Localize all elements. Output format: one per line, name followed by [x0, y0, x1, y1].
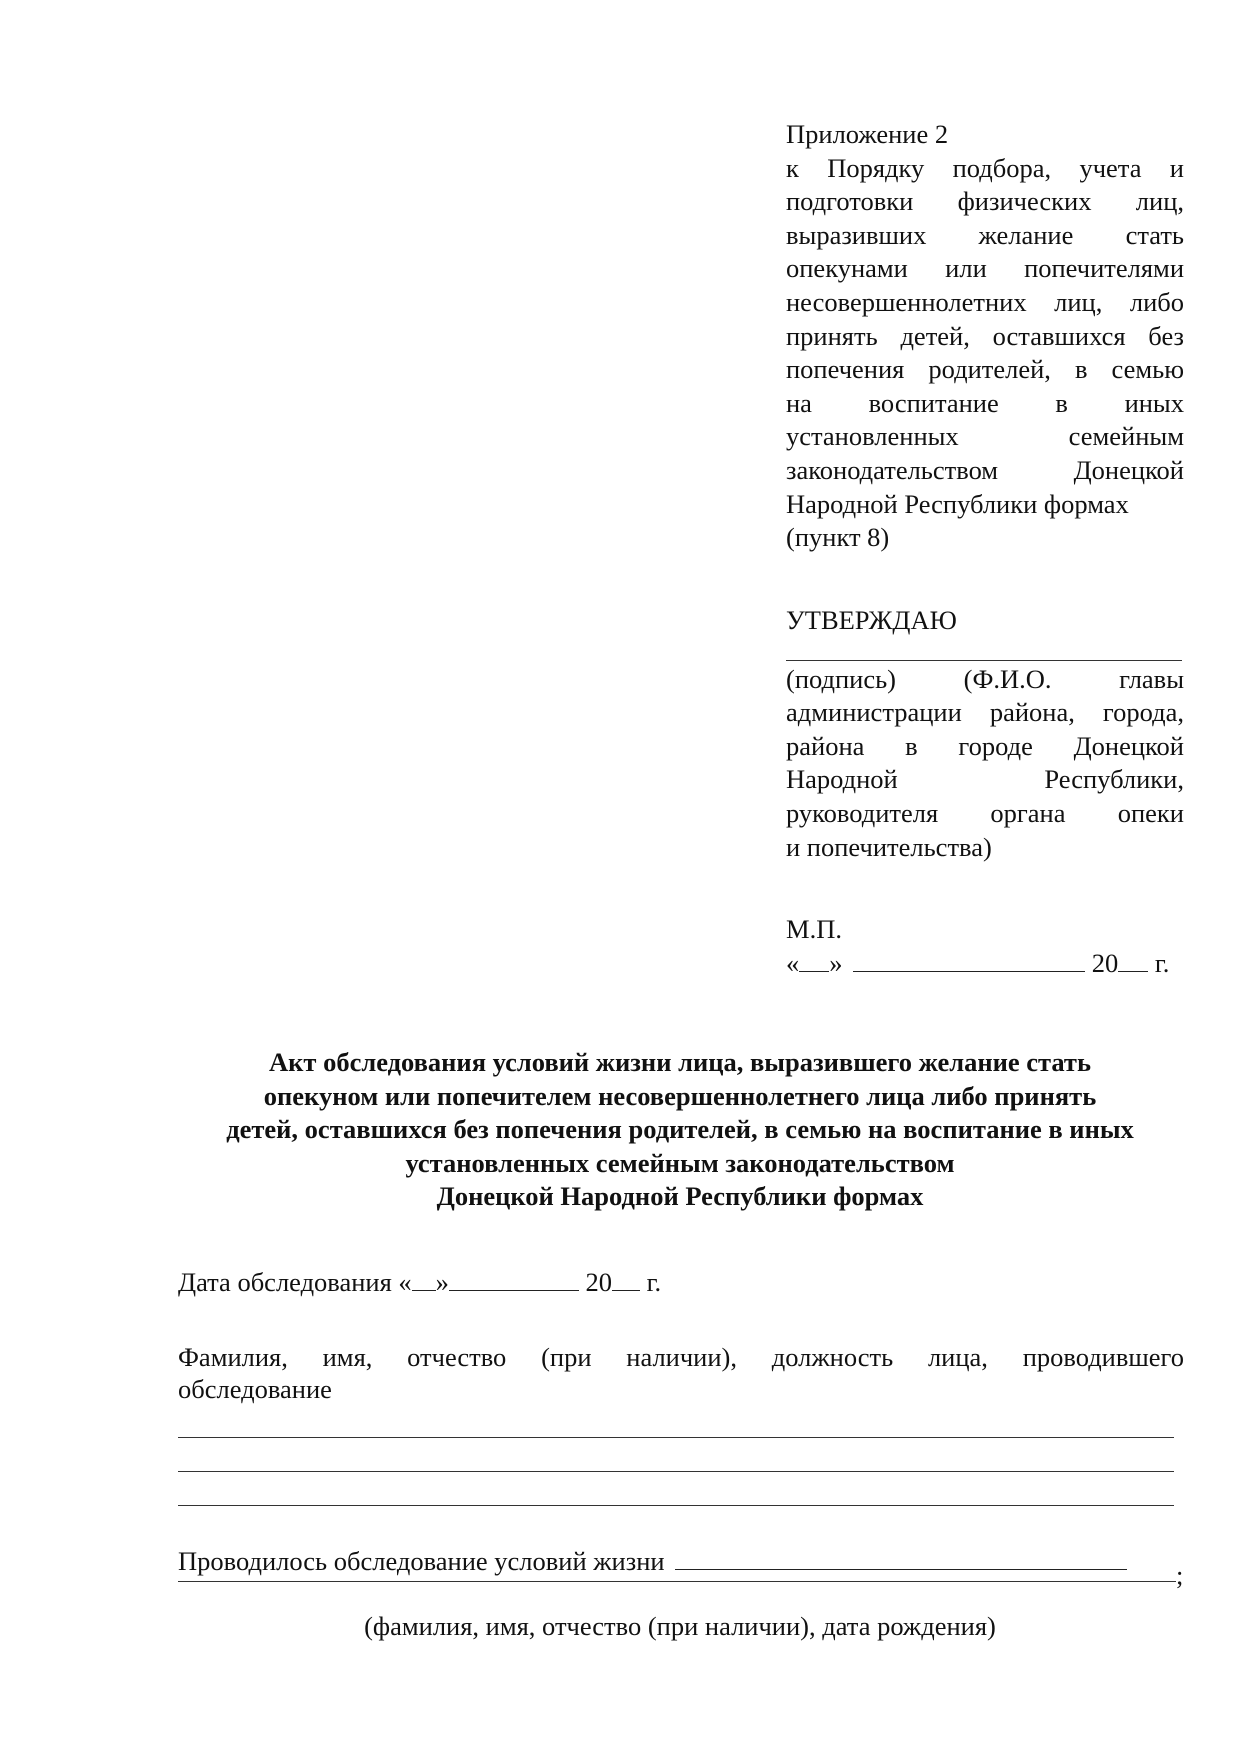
approval-caption-line: района в городе Донецкой [786, 730, 1184, 764]
approval-date-row: «» 20 г. [786, 947, 1206, 981]
inspection-year-blank[interactable] [612, 1289, 640, 1291]
signature-line[interactable] [786, 660, 1182, 661]
inspection-year-prefix: 20 [586, 1267, 613, 1297]
conducted-fill-line-2[interactable] [178, 1581, 1176, 1582]
approval-month-blank[interactable] [853, 970, 1085, 972]
document-page: Приложение 2 к Порядку подбора, учета и … [0, 0, 1241, 1754]
inspection-date-row: Дата обследования «» 20 г. [178, 1266, 661, 1299]
title-line: Акт обследования условий жизни лица, выр… [160, 1046, 1200, 1080]
inspector-fill-line[interactable] [178, 1505, 1174, 1506]
approval-caption: (подпись) (Ф.И.О. главы администрации ра… [786, 663, 1184, 865]
date-close-quote: » [829, 948, 842, 978]
inspection-month-blank[interactable] [449, 1289, 579, 1291]
conducted-label: Проводилось обследование условий жизни [178, 1546, 665, 1576]
inspector-field: Фамилия, имя, отчество (при наличии), до… [178, 1341, 1184, 1405]
appendix-line: опекунами или попечителями [786, 252, 1184, 286]
approval-heading: УТВЕРЖДАЮ [786, 604, 1184, 638]
inspection-day-blank[interactable] [412, 1289, 436, 1291]
appendix-line: установленных семейным [786, 420, 1184, 454]
title-line: Донецкой Народной Республики формах [160, 1180, 1200, 1214]
approval-day-blank[interactable] [799, 970, 829, 972]
appendix-line: принять детей, оставшихся без [786, 320, 1184, 354]
inspector-fill-line[interactable] [178, 1471, 1174, 1472]
date-open-quote: « [786, 948, 799, 978]
approval-block: УТВЕРЖДАЮ (подпись) (Ф.И.О. главы админи… [786, 604, 1184, 864]
conducted-end-mark: ; [1176, 1559, 1183, 1592]
inspection-year-suffix: г. [647, 1267, 662, 1297]
approval-caption-line: Народной Республики, [786, 763, 1184, 797]
stamp-label: М.П. [786, 913, 1206, 947]
approval-caption-line: и попечительства) [786, 831, 1184, 865]
approval-caption-line: администрации района, города, [786, 696, 1184, 730]
appendix-number: Приложение 2 [786, 118, 1184, 152]
approval-year-suffix: г. [1155, 948, 1170, 978]
date-open-quote: « [398, 1267, 411, 1297]
appendix-line: законодательством Донецкой [786, 454, 1184, 488]
approval-caption-line: руководителя органа опеки [786, 797, 1184, 831]
title-line: детей, оставшихся без попечения родителе… [160, 1113, 1200, 1147]
approval-caption-line: (подпись) (Ф.И.О. главы [786, 663, 1184, 697]
appendix-point: (пункт 8) [786, 521, 1184, 555]
conducted-field: Проводилось обследование условий жизни ; [178, 1545, 1188, 1578]
appendix-line: Народной Республики формах [786, 488, 1184, 522]
appendix-line: подготовки физических лиц, [786, 185, 1184, 219]
appendix-line: на воспитание в иных [786, 387, 1184, 421]
appendix-line: несовершеннолетних лиц, либо [786, 286, 1184, 320]
title-line: опекуном или попечителем несовершеннолет… [160, 1080, 1200, 1114]
date-close-quote: » [436, 1267, 449, 1297]
document-title: Акт обследования условий жизни лица, выр… [160, 1046, 1200, 1214]
conducted-fill-line[interactable] [675, 1568, 1127, 1570]
inspector-fill-line[interactable] [178, 1437, 1174, 1438]
inspection-date-label: Дата обследования [178, 1267, 392, 1297]
appendix-note: Приложение 2 к Порядку подбора, учета и … [786, 118, 1184, 555]
appendix-line: к Порядку подбора, учета и [786, 152, 1184, 186]
title-line: установленных семейным законодательством [160, 1147, 1200, 1181]
stamp-block: М.П. «» 20 г. [786, 913, 1206, 980]
approval-year-blank[interactable] [1118, 970, 1148, 972]
inspector-label-line: обследование [178, 1374, 332, 1404]
approval-year-prefix: 20 [1092, 948, 1119, 978]
appendix-line: выразивших желание стать [786, 219, 1184, 253]
conducted-caption: (фамилия, имя, отчество (при наличии), д… [160, 1610, 1200, 1643]
inspector-label-line: Фамилия, имя, отчество (при наличии), до… [178, 1341, 1184, 1373]
appendix-line: попечения родителей, в семью [786, 353, 1184, 387]
